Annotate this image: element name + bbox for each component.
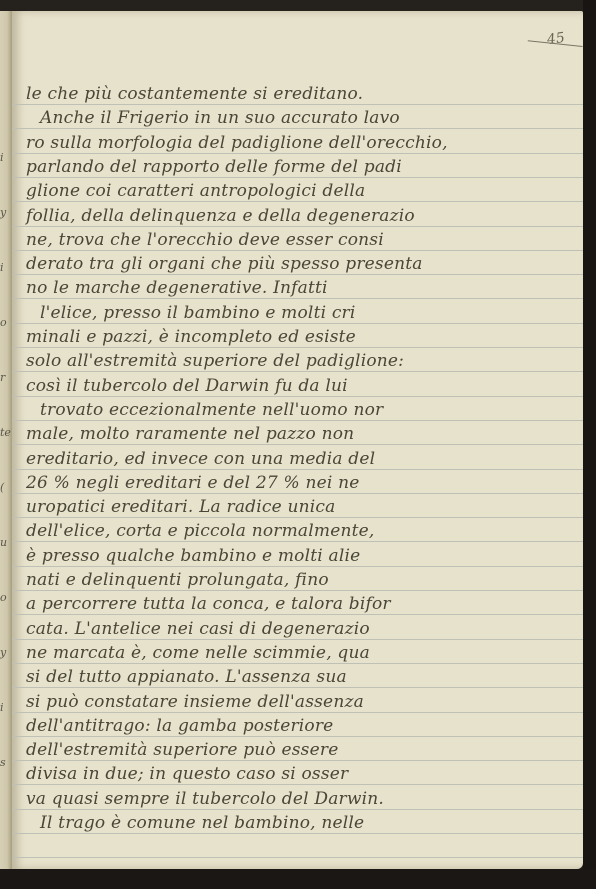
ruled-line bbox=[12, 784, 583, 785]
scan-bottom-edge bbox=[0, 869, 596, 889]
ruled-line bbox=[12, 128, 583, 129]
margin-fragment: y bbox=[0, 646, 6, 659]
handwritten-line: minali e pazzi, è incompleto ed esiste bbox=[26, 327, 526, 347]
ruled-line bbox=[12, 736, 583, 737]
margin-fragment: y bbox=[0, 206, 6, 219]
ruled-line bbox=[12, 177, 583, 178]
handwritten-line: male, molto raramente nel pazzo non bbox=[26, 424, 526, 444]
margin-fragment: i bbox=[0, 151, 4, 164]
handwritten-line: glione coi caratteri antropologici della bbox=[26, 181, 526, 201]
previous-page-edge: iyiorte(uoyis bbox=[0, 11, 12, 869]
handwritten-line: le che più costantemente si ereditano. bbox=[26, 84, 526, 104]
handwritten-line: così il tubercolo del Darwin fu da lui bbox=[26, 376, 526, 396]
ruled-line bbox=[12, 541, 583, 542]
handwritten-line: si del tutto appianato. L'assenza sua bbox=[26, 667, 526, 687]
ruled-line bbox=[12, 590, 583, 591]
handwritten-line: ro sulla morfologia del padiglione dell'… bbox=[26, 133, 526, 153]
ruled-line bbox=[12, 420, 583, 421]
margin-fragment: i bbox=[0, 261, 4, 274]
ruled-line bbox=[12, 566, 583, 567]
handwritten-line: derato tra gli organi che più spesso pre… bbox=[26, 254, 526, 274]
handwritten-line: Anche il Frigerio in un suo accurato lav… bbox=[40, 108, 540, 128]
ruled-line bbox=[12, 639, 583, 640]
handwritten-line: l'elice, presso il bambino e molti cri bbox=[40, 303, 540, 323]
ruled-line bbox=[12, 153, 583, 154]
handwritten-line: follia, della delinquenza e della degene… bbox=[26, 206, 526, 226]
handwritten-line: ereditario, ed invece con una media del bbox=[26, 449, 526, 469]
handwritten-line: cata. L'antelice nei casi di degenerazio bbox=[26, 619, 526, 639]
ruled-line bbox=[12, 201, 583, 202]
ruled-line bbox=[12, 493, 583, 494]
handwritten-line: parlando del rapporto delle forme del pa… bbox=[26, 157, 526, 177]
ruled-line bbox=[12, 444, 583, 445]
margin-fragment: i bbox=[0, 701, 4, 714]
ruled-line bbox=[12, 809, 583, 810]
handwritten-line: 26 % negli ereditari e del 27 % nei ne bbox=[26, 473, 526, 493]
handwritten-line: solo all'estremità superiore del padigli… bbox=[26, 351, 526, 371]
page-number: 45 bbox=[546, 30, 566, 48]
handwritten-line: ne marcata è, come nelle scimmie, qua bbox=[26, 643, 526, 663]
handwritten-line: dell'estremità superiore può essere bbox=[26, 740, 526, 760]
notebook-page: 45 le che più costantemente si ereditano… bbox=[12, 11, 583, 869]
margin-fragment: r bbox=[0, 371, 5, 384]
ruled-line bbox=[12, 614, 583, 615]
ruled-line bbox=[12, 226, 583, 227]
ruled-line bbox=[12, 396, 583, 397]
margin-fragment: o bbox=[0, 316, 7, 329]
handwritten-line: divisa in due; in questo caso si osser bbox=[26, 764, 526, 784]
handwritten-line: uropatici ereditari. La radice unica bbox=[26, 497, 526, 517]
handwritten-line: trovato eccezionalmente nell'uomo nor bbox=[40, 400, 540, 420]
handwritten-line: è presso qualche bambino e molti alie bbox=[26, 546, 526, 566]
margin-fragment: o bbox=[0, 591, 7, 604]
handwritten-line: dell'antitrago: la gamba posteriore bbox=[26, 716, 526, 736]
scan-right-edge bbox=[583, 0, 596, 889]
ruled-line bbox=[12, 687, 583, 688]
ruled-line bbox=[12, 663, 583, 664]
ruled-line bbox=[12, 347, 583, 348]
ruled-line bbox=[12, 274, 583, 275]
handwritten-line: va quasi sempre il tubercolo del Darwin. bbox=[26, 789, 526, 809]
ruled-line bbox=[12, 857, 583, 858]
handwritten-line: nati e delinquenti prolungata, fino bbox=[26, 570, 526, 590]
handwritten-line: Il trago è comune nel bambino, nelle bbox=[40, 813, 540, 833]
handwritten-line: dell'elice, corta e piccola normalmente, bbox=[26, 521, 526, 541]
margin-fragment: s bbox=[0, 756, 6, 769]
ruled-line bbox=[12, 760, 583, 761]
handwritten-line: si può constatare insieme dell'assenza bbox=[26, 692, 526, 712]
ruled-line bbox=[12, 712, 583, 713]
handwritten-line: ne, trova che l'orecchio deve esser cons… bbox=[26, 230, 526, 250]
ruled-line bbox=[12, 833, 583, 834]
margin-fragment: ( bbox=[0, 481, 4, 494]
handwritten-line: no le marche degenerative. Infatti bbox=[26, 278, 526, 298]
ruled-line bbox=[12, 250, 583, 251]
ruled-line bbox=[12, 371, 583, 372]
ruled-line bbox=[12, 298, 583, 299]
handwritten-line: a percorrere tutta la conca, e talora bi… bbox=[26, 594, 526, 614]
margin-fragment: u bbox=[0, 536, 7, 549]
ruled-line bbox=[12, 323, 583, 324]
margin-fragment: te bbox=[0, 426, 11, 439]
ruled-line bbox=[12, 469, 583, 470]
ruled-line bbox=[12, 517, 583, 518]
ruled-line bbox=[12, 104, 583, 105]
